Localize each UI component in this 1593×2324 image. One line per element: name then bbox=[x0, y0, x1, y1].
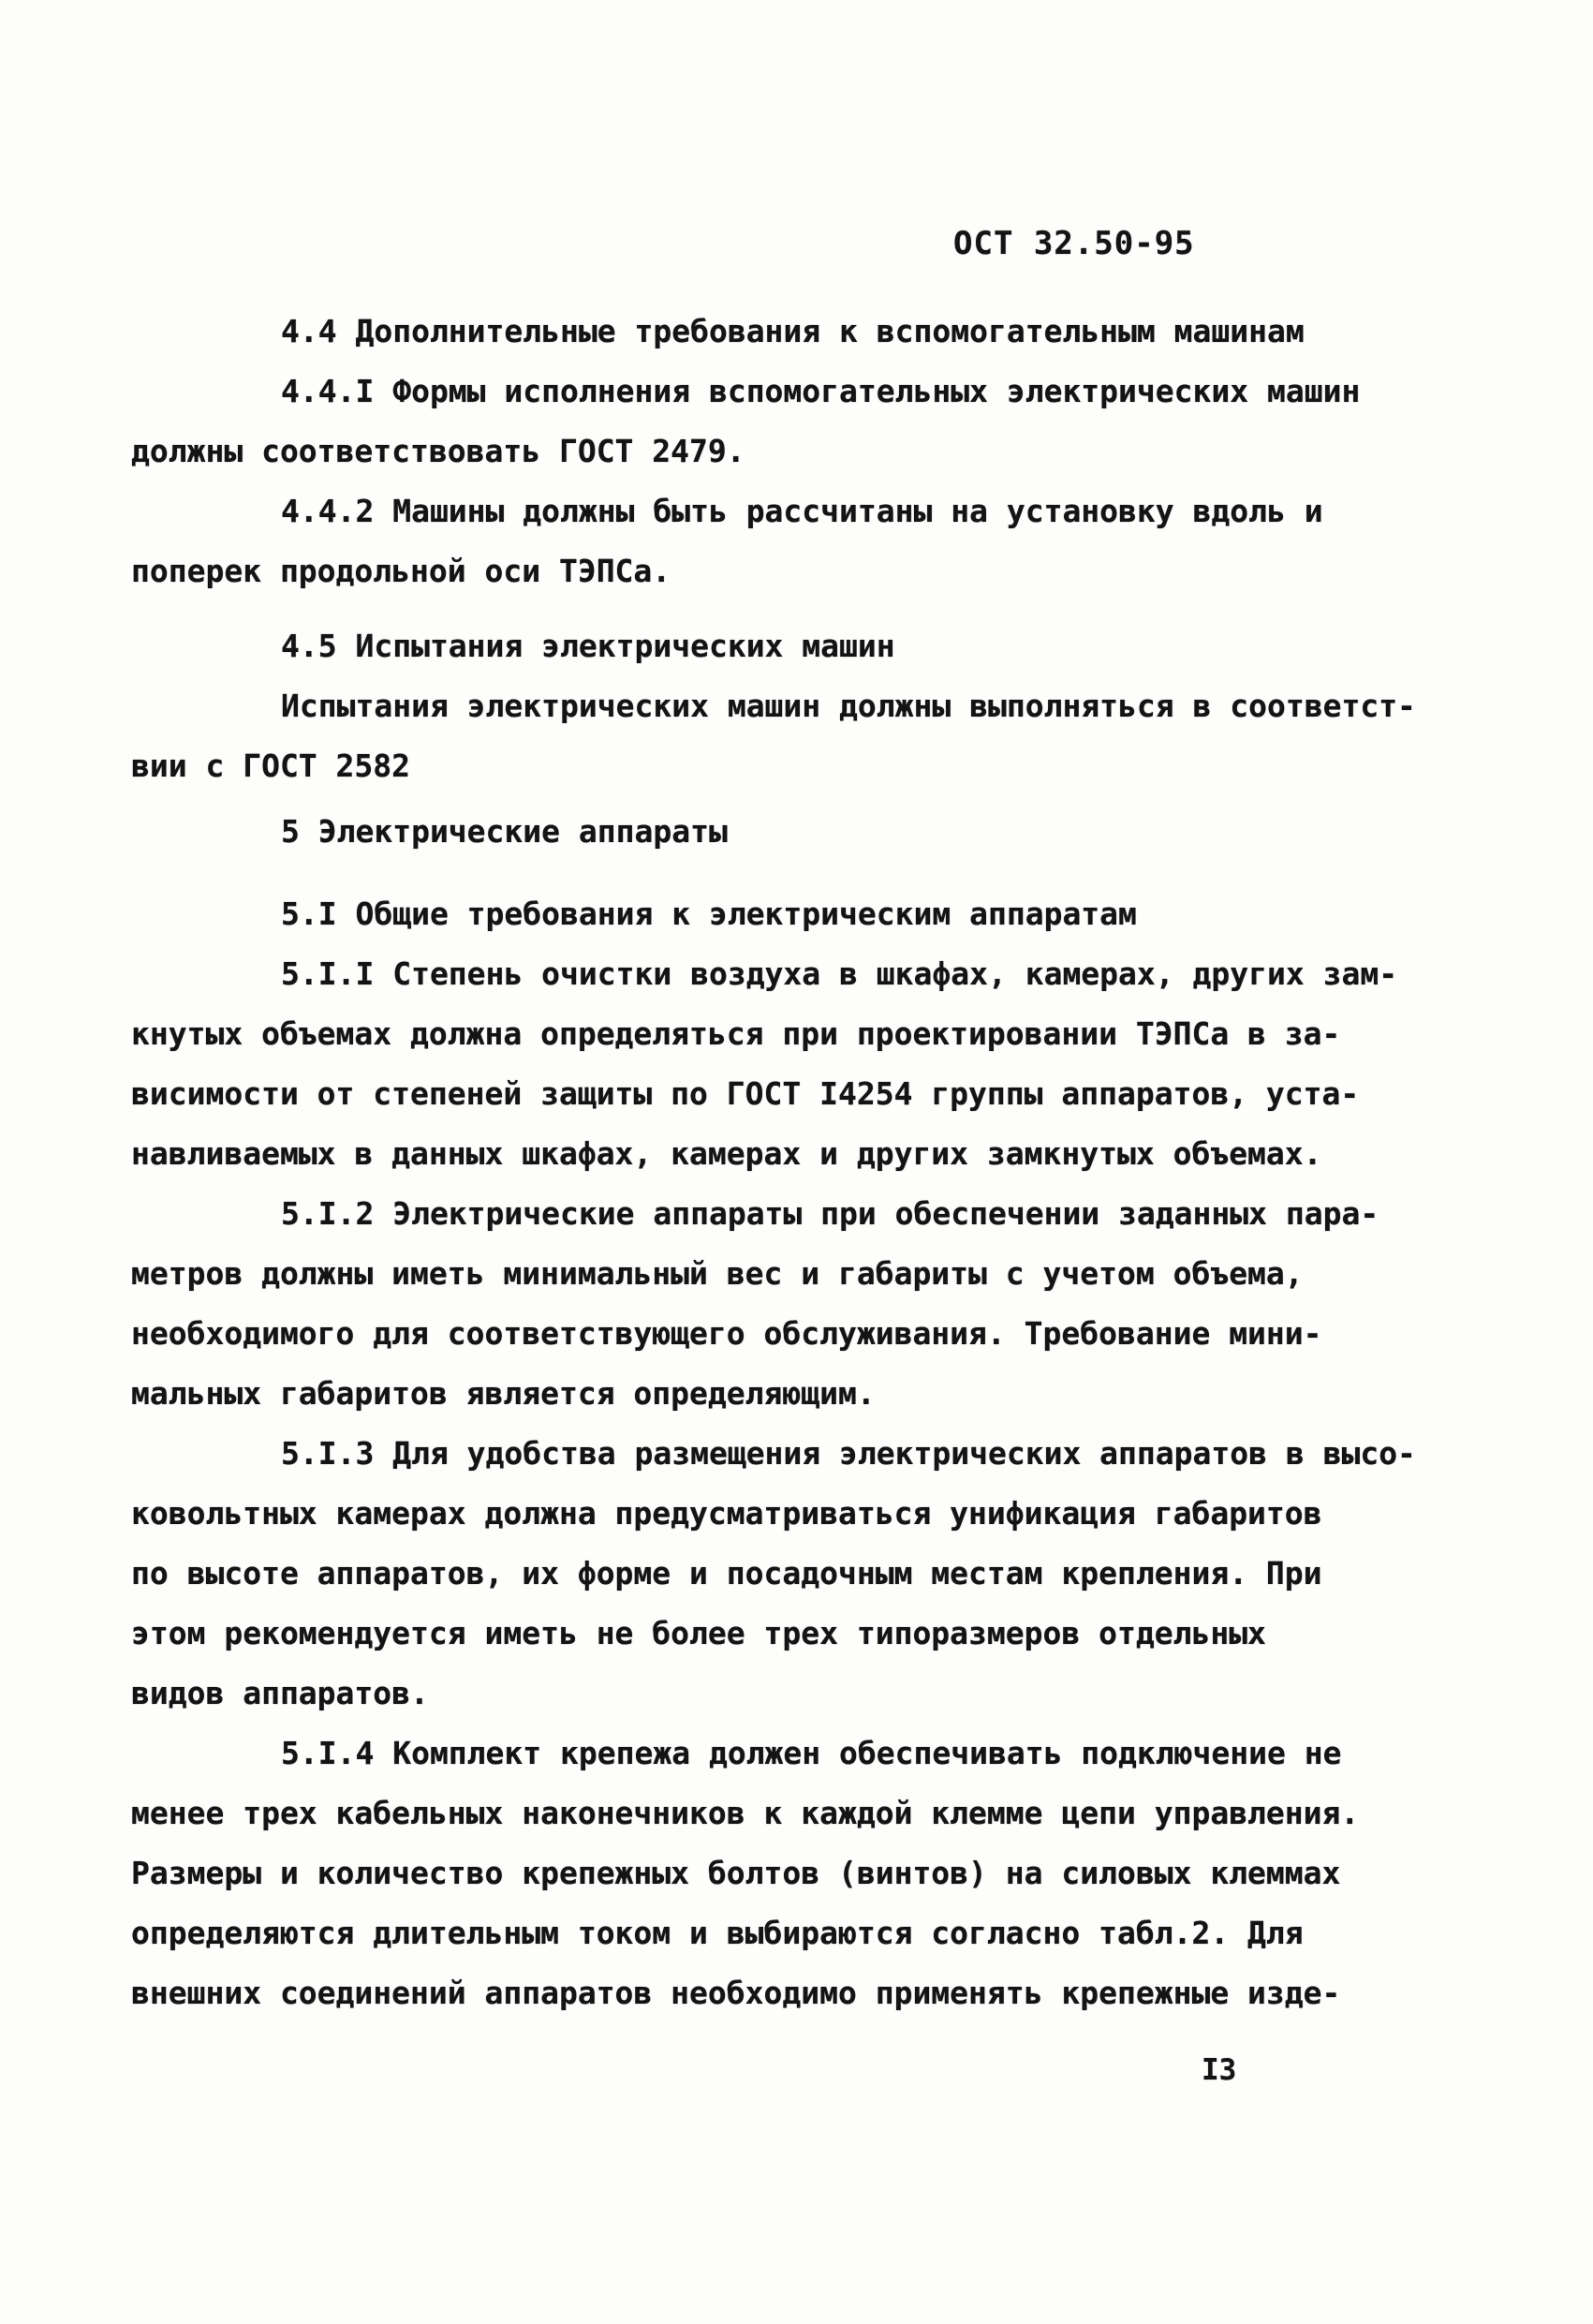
text-line: 5.I Общие требования к электрическим апп… bbox=[131, 884, 1480, 944]
text-line: навливаемых в данных шкафах, камерах и д… bbox=[131, 1124, 1480, 1184]
page-body: 4.4 Дополнительные требования к вспомога… bbox=[131, 302, 1480, 2023]
text-line: видов аппаратов. bbox=[131, 1664, 1480, 1724]
text-line: висимости от степеней защиты по ГОСТ I42… bbox=[131, 1064, 1480, 1124]
text-line: 5.I.I Степень очистки воздуха в шкафах, … bbox=[131, 944, 1480, 1004]
text-line: 4.5 Испытания электрических машин bbox=[131, 616, 1480, 676]
text-line: вии с ГОСТ 2582 bbox=[131, 736, 1480, 796]
text-line: Испытания электрических машин должны вып… bbox=[131, 676, 1480, 736]
text-line: 4.4.2 Машины должны быть рассчитаны на у… bbox=[131, 481, 1480, 541]
text-line: кнутых объемах должна определяться при п… bbox=[131, 1004, 1480, 1064]
page-number: I3 bbox=[1202, 2053, 1236, 2087]
text-line: 5.I.3 Для удобства размещения электричес… bbox=[131, 1424, 1480, 1484]
text-line: по высоте аппаратов, их форме и посадочн… bbox=[131, 1544, 1480, 1604]
text-line: менее трех кабельных наконечников к кажд… bbox=[131, 1784, 1480, 1843]
text-line: мальных габаритов является определяющим. bbox=[131, 1364, 1480, 1424]
text-line: поперек продольной оси ТЭПСа. bbox=[131, 541, 1480, 601]
document-code-header: ОСТ 32.50-95 bbox=[953, 225, 1195, 262]
text-line: Размеры и количество крепежных болтов (в… bbox=[131, 1843, 1480, 1903]
text-line: должны соответствовать ГОСТ 2479. bbox=[131, 422, 1480, 481]
text-line: 4.4 Дополнительные требования к вспомога… bbox=[131, 302, 1480, 362]
text-line: ковольтных камерах должна предусматриват… bbox=[131, 1484, 1480, 1544]
text-line: 4.4.I Формы исполнения вспомогательных э… bbox=[131, 362, 1480, 422]
text-line: метров должны иметь минимальный вес и га… bbox=[131, 1244, 1480, 1304]
text-line: этом рекомендуется иметь не более трех т… bbox=[131, 1604, 1480, 1664]
text-line: определяются длительным током и выбирают… bbox=[131, 1903, 1480, 1963]
text-line: 5 Электрические аппараты bbox=[131, 802, 1480, 862]
text-line: необходимого для соответствующего обслуж… bbox=[131, 1304, 1480, 1364]
text-line: 5.I.4 Комплект крепежа должен обеспечива… bbox=[131, 1724, 1480, 1784]
text-line: внешних соединений аппаратов необходимо … bbox=[131, 1963, 1480, 2023]
text-line: 5.I.2 Электрические аппараты при обеспеч… bbox=[131, 1184, 1480, 1244]
document-page: ОСТ 32.50-95 4.4 Дополнительные требован… bbox=[0, 0, 1593, 2324]
